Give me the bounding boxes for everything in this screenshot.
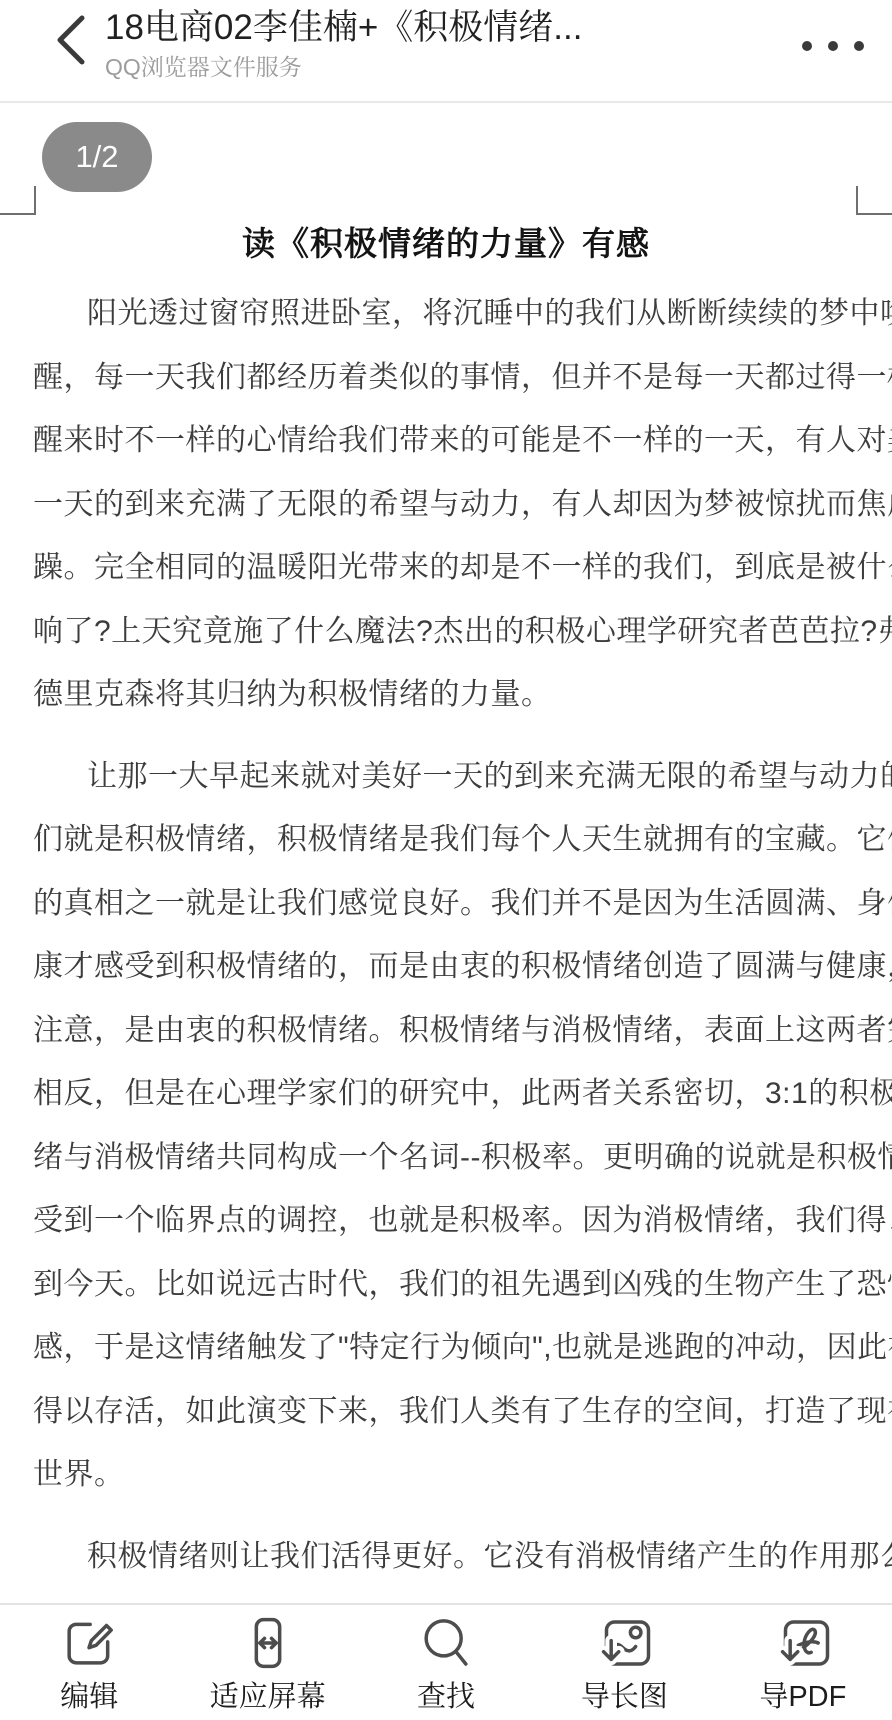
file-title: 18电商02李佳楠+《积极情绪... [105,7,765,49]
document-line: 醒来时不一样的心情给我们带来的可能是不一样的一天，有人对美好 [33,409,863,473]
export-long-image-icon [596,1615,652,1671]
search-icon [418,1615,474,1671]
document-paragraph: 让那一大早起来就对美好一天的到来充满无限的希望与动力的我们就是积极情绪，积极情绪… [33,745,863,1507]
document-line: 得以存活，如此演变下来，我们人类有了生存的空间，打造了现在的 [33,1380,863,1444]
export-pdf-button[interactable]: 导PDF [714,1605,892,1720]
file-source: QQ浏览器文件服务 [105,51,765,83]
document-line: 到今天。比如说远古时代，我们的祖先遇到凶残的生物产生了恐惧 [33,1253,863,1317]
document-line: 躁。完全相同的温暖阳光带来的却是不一样的我们，到底是被什么影 [33,536,863,600]
document-line: 醒，每一天我们都经历着类似的事情，但并不是每一天都过得一样。 [33,346,863,410]
document-line: 康才感受到积极情绪的，而是由衷的积极情绪创造了圆满与健康，请 [33,935,863,999]
document-line: 受到一个临界点的调控，也就是积极率。因为消极情绪，我们得以活 [33,1189,863,1253]
document-line: 一天的到来充满了无限的希望与动力，有人却因为梦被惊扰而焦虑烦 [33,473,863,537]
header-text: 18电商02李佳楠+《积极情绪... QQ浏览器文件服务 [105,7,765,83]
header-bar: 18电商02李佳楠+《积极情绪... QQ浏览器文件服务 [0,0,892,103]
document-line: 感，于是这情绪触发了"特定行为倾向",也就是逃跑的冲动，因此祖先 [33,1316,863,1380]
bottom-toolbar: 编辑 适应屏幕 查找 [0,1603,892,1720]
document-line: 绪与消极情绪共同构成一个名词--积极率。更明确的说就是积极情绪 [33,1126,863,1190]
document-body: 阳光透过窗帘照进卧室，将沉睡中的我们从断断续续的梦中唤醒，每一天我们都经历着类似… [33,282,863,1606]
tool-label: 编辑 [60,1674,118,1715]
fit-screen-icon [240,1615,296,1671]
document-line: 世界。 [33,1443,863,1507]
document-line: 德里克森将其归纳为积极情绪的力量。 [33,663,863,727]
document-title: 读《积极情绪的力量》有感 [0,218,892,265]
document-line: 注意，是由衷的积极情绪。积极情绪与消极情绪，表面上这两者完全 [33,999,863,1063]
find-button[interactable]: 查找 [357,1605,535,1720]
document-line: 让那一大早起来就对美好一天的到来充满无限的希望与动力的我 [33,745,863,809]
tool-label: 导长图 [581,1674,668,1715]
document-line: 的真相之一就是让我们感觉良好。我们并不是因为生活圆满、身体健 [33,872,863,936]
document-line: 阳光透过窗帘照进卧室，将沉睡中的我们从断断续续的梦中唤 [33,282,863,346]
document-line: 积极情绪则让我们活得更好。它没有消极情绪产生的作用那么明 [33,1525,863,1589]
chevron-left-icon [48,12,96,68]
ellipsis-icon [802,41,812,51]
export-pdf-icon [775,1615,831,1671]
document-paragraph: 阳光透过窗帘照进卧室，将沉睡中的我们从断断续续的梦中唤醒，每一天我们都经历着类似… [33,282,863,727]
tool-label: 适应屏幕 [210,1674,326,1715]
ellipsis-icon [854,41,864,51]
page-corner-mark-right [856,186,892,215]
document-viewer-screen: 18电商02李佳楠+《积极情绪... QQ浏览器文件服务 1/2 读《积极情绪的… [0,0,892,1720]
fit-screen-button[interactable]: 适应屏幕 [178,1605,356,1720]
document-line: 相反，但是在心理学家们的研究中，此两者关系密切，3:1的积极情 [33,1062,863,1126]
more-menu-button[interactable] [802,34,864,58]
back-button[interactable] [48,12,96,68]
tool-label: 查找 [417,1674,475,1715]
ellipsis-icon [828,41,838,51]
export-long-image-button[interactable]: 导长图 [535,1605,713,1720]
document-line: 们就是积极情绪，积极情绪是我们每个人天生就拥有的宝藏。它体现 [33,808,863,872]
edit-icon [61,1615,117,1671]
page-indicator-badge: 1/2 [42,122,152,192]
tool-label: 导PDF [759,1674,846,1715]
edit-button[interactable]: 编辑 [0,1605,178,1720]
document-paragraph: 积极情绪则让我们活得更好。它没有消极情绪产生的作用那么明 [33,1525,863,1589]
document-line: 响了?上天究竟施了什么魔法?杰出的积极心理学研究者芭芭拉?弗雷 [33,600,863,664]
page-corner-mark-left [0,186,36,215]
